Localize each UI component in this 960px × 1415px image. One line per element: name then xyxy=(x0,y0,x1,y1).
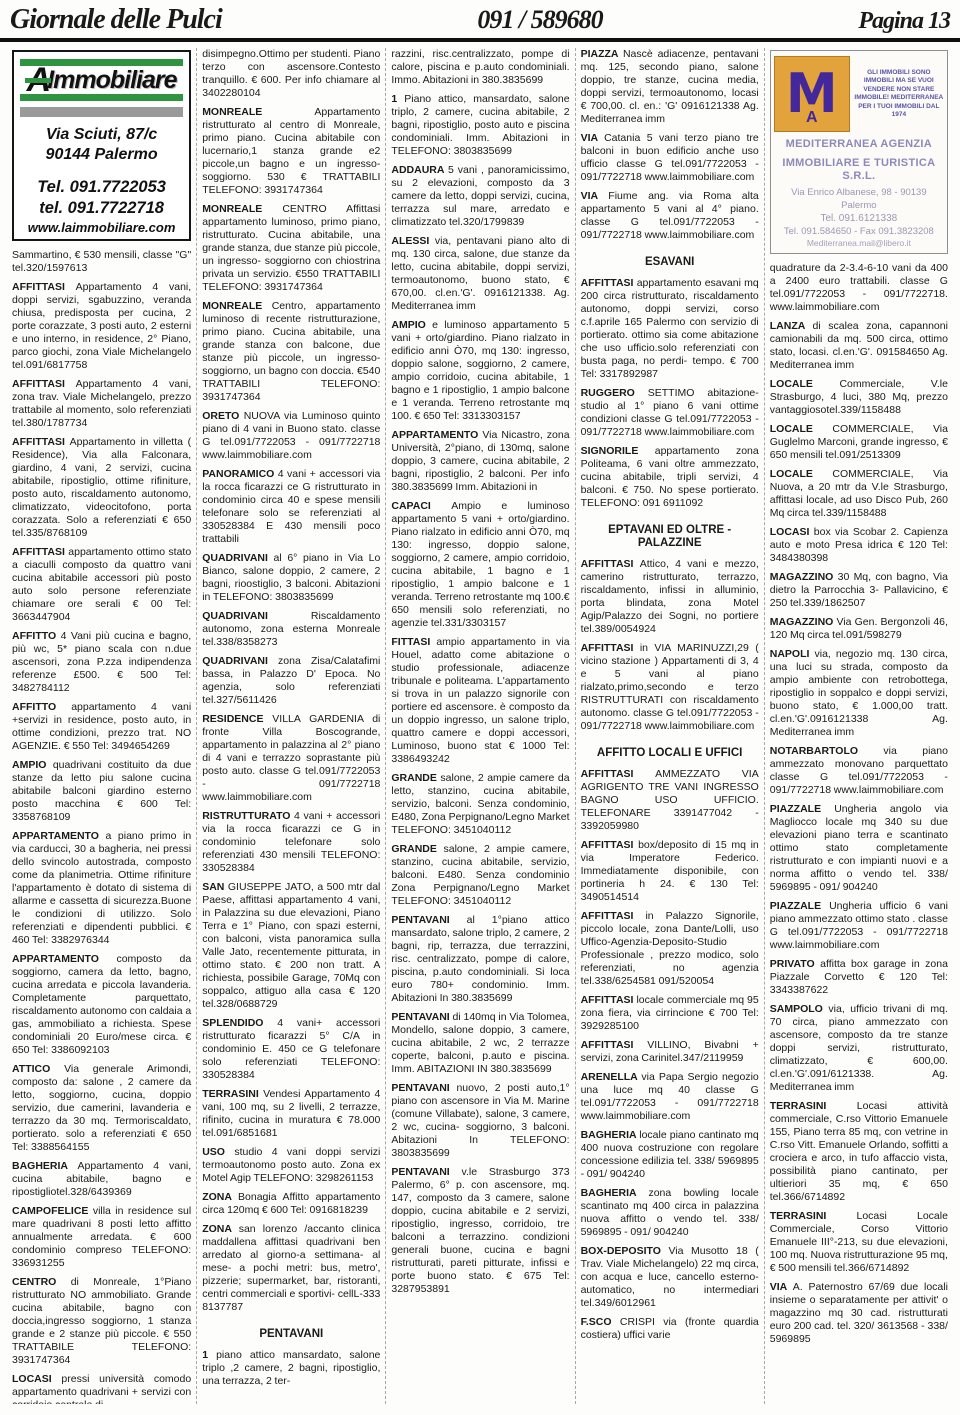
mediterranea-logo-icon: M A xyxy=(774,56,850,132)
classified-ad: FITTASI ampio appartamento in via Houel,… xyxy=(391,636,569,766)
classified-ad: F.SCO CRISPI via (fronte quardia costier… xyxy=(581,1316,759,1342)
ad-lead-word: RESIDENCE xyxy=(202,713,272,725)
classified-ad: AFFITTASI in VIA MARINUZZI,29 ( vicino s… xyxy=(581,642,759,733)
classified-ad: ZONA Bonagia Affitto appartamento circa … xyxy=(202,1191,380,1217)
mediterranea-email: Mediterranea.mail@libero.it xyxy=(774,238,944,249)
classified-ad: VIA Fiume ang. via Roma alta appartament… xyxy=(581,190,759,242)
immobiliare-tel-1: Tel. 091.7722053 xyxy=(18,177,185,198)
ad-lead-word: AFFITTASI xyxy=(12,378,76,390)
classified-ad: TERRASINI Locasi attività commerciale, C… xyxy=(770,1100,948,1204)
classified-ad: VIA A. Paternostro 67/69 due locali insi… xyxy=(770,1281,948,1346)
classified-ad: MONREALE Appartamento ristrutturato al c… xyxy=(202,106,380,197)
ad-lead-word: AFFITTASI xyxy=(12,281,76,293)
ad-lead-word: BAGHERIA xyxy=(581,1187,649,1199)
ad-lead-word: PENTAVANI xyxy=(391,1082,456,1094)
ad-lead-word: LOCALE xyxy=(770,378,840,390)
ad-lead-word: QUADRIVANI xyxy=(202,610,311,622)
ad-lead-word: USO xyxy=(202,1146,234,1158)
classified-ad: ALESSI via, pentavani piano alto di mq. … xyxy=(391,235,569,313)
immobiliare-tel-2: tel. 091.7722718 xyxy=(18,198,185,219)
ad-lead-word: AFFITTASI xyxy=(581,768,656,780)
classified-ad: USO studio 4 vani doppi servizi termoaut… xyxy=(202,1146,380,1185)
immobiliare-logo: A Immobiliare xyxy=(18,56,185,101)
classified-ad: AFFITTASI Attico, 4 vani e mezzo, cameri… xyxy=(581,558,759,636)
classified-ad: ORETO NUOVA via Luminoso quinto piano di… xyxy=(202,410,380,462)
ad-lead-word: TERRASINI xyxy=(770,1100,857,1112)
ad-lead-word: MAGAZZINO xyxy=(770,571,838,583)
ad-lead-word: AMPIO xyxy=(12,759,53,771)
classified-ad: ADDAURA 5 vani , panoramicissimo, su 2 e… xyxy=(391,164,569,229)
immobiliare-logo-stripe xyxy=(25,78,51,83)
classified-ad: BAGHERIA Appartamento 4 vani, cucina abi… xyxy=(12,1160,191,1199)
ad-lead-word: SAN xyxy=(202,881,228,893)
ad-lead-word: AFFITTASI xyxy=(581,558,640,570)
ad-lead-word: MONREALE xyxy=(202,106,314,118)
classified-ad: CAPACI Ampio e luminoso appartamento 5 v… xyxy=(391,500,569,630)
ad-lead-word: AFFITTASI xyxy=(12,546,68,558)
classified-ad: LOCALE COMMERCIALE, Via Guglelmo Marconi… xyxy=(770,423,948,462)
newspaper-page: Giornale delle Pulci 091 / 589680 Pagina… xyxy=(0,0,960,1415)
section-heading: PENTAVANI xyxy=(202,1328,380,1341)
classified-ad: AFFITTO appartamento 4 vani +servizi in … xyxy=(12,701,191,753)
masthead-phone: 091 / 589680 xyxy=(477,5,602,35)
ad-lead-word: CENTRO xyxy=(12,1276,71,1288)
classified-ad: SAMPOLO via, ufficio trivani di mq. 70 c… xyxy=(770,1003,948,1094)
column-4-ads: PIAZZA Nascè adiacenze, pentavani mq. 12… xyxy=(581,48,759,1342)
ad-lead-word: ZONA xyxy=(202,1191,238,1203)
section-heading: AFFITTO LOCALI E UFFICI xyxy=(581,747,759,760)
column-2: disimpegno.Ottimo per studenti. Piano te… xyxy=(196,48,385,1404)
immobiliare-address-2: 90144 Palermo xyxy=(18,145,185,165)
ad-lead-word: PRIVATO xyxy=(770,958,820,970)
ad-lead-word: ARENELLA xyxy=(581,1071,642,1083)
classified-ad: PENTAVANI nuovo, 2 posti auto,1° piano c… xyxy=(391,1082,569,1160)
classified-ad: AFFITTASI appartamento ottimo stato a ci… xyxy=(12,546,191,624)
ad-lead-word: BAGHERIA xyxy=(581,1129,640,1141)
ad-lead-word: SAMPOLO xyxy=(770,1003,829,1015)
ad-lead-word: AFFITTASI xyxy=(581,642,640,654)
classified-ad: SIGNORILE appartamento zona Politeama, 6… xyxy=(581,445,759,510)
classified-ad: AFFITTASI VILLINO, Bivabni + servizi, zo… xyxy=(581,1039,759,1065)
ad-lead-word: LOCALE xyxy=(770,468,833,480)
mediterranea-ad-box: M A GLI IMMOBILI SONO IMMOBILI MA SE VUO… xyxy=(770,50,948,254)
columns-container: A Immobiliare Via Sciuti, 87/c 90144 Pal… xyxy=(0,42,960,1404)
classified-ad: CAMPOFELICE villa in residence sul mare … xyxy=(12,1205,191,1270)
classified-ad: GRANDE salone, 2 ampie camere da letto, … xyxy=(391,772,569,837)
ad-lead-word: VIA xyxy=(770,1281,793,1293)
classified-ad: VIA Catania 5 vani terzo piano tre balco… xyxy=(581,132,759,184)
ad-lead-word: AFFITTO xyxy=(12,701,71,713)
immobiliare-gray-bar xyxy=(20,107,183,117)
classified-ad: 1 piano attico mansardato, salone triplo… xyxy=(202,1349,380,1388)
ad-lead-word: RUGGERO xyxy=(581,387,648,399)
section-heading: EPTAVANI ED OLTRE - PALAZZINE xyxy=(581,524,759,550)
ad-lead-word: TERRASINI xyxy=(770,1210,857,1222)
classified-ad: LOCALE Commerciale, V.le Strasburgo, 4 l… xyxy=(770,378,948,417)
ad-lead-word: VIA xyxy=(581,132,605,144)
classified-ad-continuation: quadrature da 2-3.4-6-10 vani da 400 a 2… xyxy=(770,262,948,314)
ad-lead-word: QUADRIVANI xyxy=(202,655,278,667)
classified-ad: PANORAMICO 4 vani + accessori via la roc… xyxy=(202,468,380,546)
classified-ad: ARENELLA via Papa Sergio negozio una luc… xyxy=(581,1071,759,1123)
ad-lead-word: F.SCO xyxy=(581,1316,620,1328)
classified-ad: PENTAVANI v.le Strasburgo 373 Palermo, 6… xyxy=(391,1166,569,1296)
classified-ad: AMPIO e luminoso appartamento 5 vani + o… xyxy=(391,319,569,423)
mediterranea-address: Via Enrico Albanese, 98 - 90139 Palermo xyxy=(774,186,944,212)
ad-lead-word: CAPACI xyxy=(391,500,451,512)
column-1-ads: Sammartino, € 530 mensili, classe "G" te… xyxy=(12,249,191,1404)
immobiliare-logo-a-icon: A xyxy=(27,65,52,95)
classified-ad: QUADRIVANI zona Zisa/Calatafimi bassa, i… xyxy=(202,655,380,707)
page-number: Pagina 13 xyxy=(858,8,950,35)
ad-lead-word: LOCASI xyxy=(12,1373,61,1385)
column-5: M A GLI IMMOBILI SONO IMMOBILI MA SE VUO… xyxy=(764,48,953,1404)
immobiliare-address-1: Via Sciuti, 87/c xyxy=(18,125,185,145)
mediterranea-name-2: IMMOBILIARE E TURISTICA S.R.L. xyxy=(774,157,944,183)
column-5-ads: quadrature da 2-3.4-6-10 vani da 400 a 2… xyxy=(770,262,948,1346)
classified-ad: AFFITTASI in Palazzo Signorile, piccolo … xyxy=(581,910,759,988)
ad-lead-word: AFFITTASI xyxy=(581,910,646,922)
classified-ad: NAPOLI via, negozio mq. 130 circa, una l… xyxy=(770,648,948,739)
classified-ad: PIAZZA Nascè adiacenze, pentavani mq. 12… xyxy=(581,48,759,126)
classified-ad: SPLENDIDO 4 vani+ accessori ristrutturat… xyxy=(202,1017,380,1082)
classified-ad: TERRASINI Locasi Locale Commerciale, Cor… xyxy=(770,1210,948,1275)
ad-lead-word: GRANDE xyxy=(391,843,443,855)
classified-ad-continuation: Sammartino, € 530 mensili, classe "G" te… xyxy=(12,249,191,275)
newspaper-title: Giornale delle Pulci xyxy=(10,4,222,36)
ad-lead-word: SIGNORILE xyxy=(581,445,655,457)
classified-ad: GRANDE salone, 2 ampie camere, stanzino,… xyxy=(391,843,569,908)
classified-ad: PENTAVANI di 140mq in Via Tolomea, Monde… xyxy=(391,1011,569,1076)
ad-lead-word: APPARTAMENTO xyxy=(12,953,116,965)
classified-ad-continuation: razzini, risc.centralizzato, pompe di ca… xyxy=(391,48,569,87)
ad-lead-word: ZONA xyxy=(202,1223,239,1235)
classified-ad: MAGAZZINO 30 Mq, con bagno, Via dietro l… xyxy=(770,571,948,610)
ad-lead-word: ATTICO xyxy=(12,1063,64,1075)
ad-lead-word: PENTAVANI xyxy=(391,1166,461,1178)
classified-ad: PIAZZALE Ungheria angolo via Magliocco l… xyxy=(770,803,948,894)
classified-ad: CENTRO di Monreale, 1°Piano ristrutturat… xyxy=(12,1276,191,1367)
section-heading: ESAVANI xyxy=(581,256,759,269)
ad-lead-word: QUADRIVANI xyxy=(202,552,273,564)
classified-ad: MAGAZZINO Via Gen. Bergonzoli 46, 120 Mq… xyxy=(770,616,948,642)
ad-lead-word: PANORAMICO xyxy=(202,468,278,480)
column-3-ads: razzini, risc.centralizzato, pompe di ca… xyxy=(391,48,569,1296)
classified-ad: LOCASI box via Scobar 2. Capienza auto e… xyxy=(770,526,948,565)
classified-ad: NOTARBARTOLO via piano ammezzato monovan… xyxy=(770,745,948,797)
ad-lead-word: APPARTAMENTO xyxy=(391,429,482,441)
ad-lead-word: RISTRUTTURATO xyxy=(202,810,294,822)
ad-lead-word: NAPOLI xyxy=(770,648,815,660)
masthead: Giornale delle Pulci 091 / 589680 Pagina… xyxy=(0,0,960,42)
classified-ad: APPARTAMENTO a piano primo in via carduc… xyxy=(12,830,191,947)
classified-ad: LOCALE COMMERCIALE, Via Nuova, a 20 mtr … xyxy=(770,468,948,520)
ad-lead-word: GRANDE xyxy=(391,772,440,784)
immobiliare-website: www.laimmobiliare.com xyxy=(18,219,185,237)
ad-lead-word: SPLENDIDO xyxy=(202,1017,277,1029)
ad-lead-word: PIAZZALE xyxy=(770,900,829,912)
ad-lead-word: TERRASINI xyxy=(202,1088,263,1100)
classified-ad: PENTAVANI al 1°piano attico mansardato, … xyxy=(391,914,569,1005)
classified-ad: TERRASINI Vendesi Appartamento 4 vani, 1… xyxy=(202,1088,380,1140)
mediterranea-slogan: GLI IMMOBILI SONO IMMOBILI MA SE VUOI VE… xyxy=(854,69,944,120)
classified-ad: BAGHERIA locale piano cantinato mq 400 n… xyxy=(581,1129,759,1181)
classified-ad: QUADRIVANI Riscaldamento autonomo, zona … xyxy=(202,610,380,649)
classified-ad: 1 Piano attico, mansardato, salone tripl… xyxy=(391,93,569,158)
classified-ad: PIAZZALE Ungheria ufficio 6 vani piano a… xyxy=(770,900,948,952)
immobiliare-ad-box: A Immobiliare Via Sciuti, 87/c 90144 Pal… xyxy=(12,50,191,241)
ad-lead-word: LOCALE xyxy=(770,423,833,435)
ad-lead-word: CAMPOFELICE xyxy=(12,1205,93,1217)
ad-lead-word: VIA xyxy=(581,190,609,202)
classified-ad: QUADRIVANI al 6° piano in Via Lo Bianco,… xyxy=(202,552,380,604)
ad-lead-word: BAGHERIA xyxy=(12,1160,77,1172)
ad-lead-word: ADDAURA xyxy=(391,164,448,176)
ad-lead-word: ALESSI xyxy=(391,235,434,247)
classified-ad: ATTICO Via generale Arimondi, composto d… xyxy=(12,1063,191,1154)
ad-lead-word: APPARTAMENTO xyxy=(12,830,106,842)
ad-lead-word: BOX-DEPOSITO xyxy=(581,1245,669,1257)
classified-ad: MONREALE Centro, appartamento luminoso d… xyxy=(202,300,380,404)
ad-lead-word: PIAZZALE xyxy=(770,803,834,815)
classified-ad: PRIVATO affitta box garage in zona Piazz… xyxy=(770,958,948,997)
classified-ad: APPARTAMENTO Via Nicastro, zona Universi… xyxy=(391,429,569,494)
ad-lead-word: AFFITTASI xyxy=(12,436,70,448)
classified-ad: BOX-DEPOSITO Via Musotto 18 ( Trav. Vial… xyxy=(581,1245,759,1310)
ad-lead-word: NOTARBARTOLO xyxy=(770,745,884,757)
classified-ad: AFFITTASI locale commerciale mq 95 zona … xyxy=(581,994,759,1033)
classified-ad-continuation: disimpegno.Ottimo per studenti. Piano te… xyxy=(202,48,380,100)
ad-lead-word: AFFITTO xyxy=(12,630,61,642)
immobiliare-logo-word: Immobiliare xyxy=(47,66,176,95)
ad-lead-word: LOCASI xyxy=(770,526,814,538)
ad-lead-word: AMPIO xyxy=(391,319,432,331)
classified-ad: AFFITTO 4 Vani più cucina e bagno, più w… xyxy=(12,630,191,695)
ad-lead-word: AFFITTASI xyxy=(581,277,637,289)
classified-ad: AFFITTASI Appartamento in villetta ( Res… xyxy=(12,436,191,540)
classified-ad: BAGHERIA zona bowling locale scantinato … xyxy=(581,1187,759,1239)
ad-lead-word: AFFITTASI xyxy=(581,839,639,851)
column-1: A Immobiliare Via Sciuti, 87/c 90144 Pal… xyxy=(7,48,196,1404)
ad-lead-word: ORETO xyxy=(202,410,244,422)
mediterranea-tel-1: Tel. 091.6121338 xyxy=(774,212,944,225)
classified-ad: AFFITTASI box/deposito di 15 mq in via I… xyxy=(581,839,759,904)
classified-ad: AFFITTASI Appartamento 4 vani, doppi ser… xyxy=(12,281,191,372)
classified-ad: LANZA di scalea zona, capannoni camionab… xyxy=(770,320,948,372)
ad-lead-word: PIAZZA xyxy=(581,48,623,60)
column-3: razzini, risc.centralizzato, pompe di ca… xyxy=(385,48,574,1404)
ad-lead-word: 1 xyxy=(202,1349,216,1361)
ad-lead-word: LANZA xyxy=(770,320,813,332)
ad-lead-word: AFFITTASI xyxy=(581,1039,648,1051)
classified-ad: ZONA san lorenzo /accanto clinica maddal… xyxy=(202,1223,380,1314)
classified-ad: RISTRUTTURATO 4 vani + accessori via la … xyxy=(202,810,380,875)
classified-ad: AMPIO quadrivani costituito da due stanz… xyxy=(12,759,191,824)
mediterranea-name-1: MEDITERRANEA AGENZIA xyxy=(774,138,944,151)
classified-ad: RESIDENCE VILLA GARDENIA di fronte Villa… xyxy=(202,713,380,804)
classified-ad: SAN GIUSEPPE JATO, a 500 mtr dal Paese, … xyxy=(202,881,380,1011)
ad-lead-word: MAGAZZINO xyxy=(770,616,837,628)
ad-lead-word: 1 xyxy=(391,93,404,105)
ad-lead-word: PENTAVANI xyxy=(391,1011,452,1023)
classified-ad: APPARTAMENTO composto da soggiorno, came… xyxy=(12,953,191,1057)
classified-ad: RUGGERO SETTIMO abitazione-studio al 1° … xyxy=(581,387,759,439)
ad-lead-word: MONREALE xyxy=(202,203,282,215)
classified-ad: LOCASI pressi università comodo appartam… xyxy=(12,1373,191,1404)
classified-ad: AFFITTASI appartamento esavani mq 200 ci… xyxy=(581,277,759,381)
column-2-ads: disimpegno.Ottimo per studenti. Piano te… xyxy=(202,48,380,1388)
ad-lead-word: PENTAVANI xyxy=(391,914,466,926)
classified-ad: AFFITTASI Appartamento 4 vani, zona trav… xyxy=(12,378,191,430)
column-4: PIAZZA Nascè adiacenze, pentavani mq. 12… xyxy=(575,48,764,1404)
ad-lead-word: AFFITTASI xyxy=(581,994,637,1006)
classified-ad: AFFITTASI AMMEZZATO VIA AGRIGENTO TRE VA… xyxy=(581,768,759,833)
ad-lead-word: FITTASI xyxy=(391,636,436,648)
ad-lead-word: MONREALE xyxy=(202,300,272,312)
classified-ad: MONREALE CENTRO Affittasi appartamento l… xyxy=(202,203,380,294)
mediterranea-tel-2: Tel. 091.584650 - Fax 091.3823208 xyxy=(774,225,944,238)
